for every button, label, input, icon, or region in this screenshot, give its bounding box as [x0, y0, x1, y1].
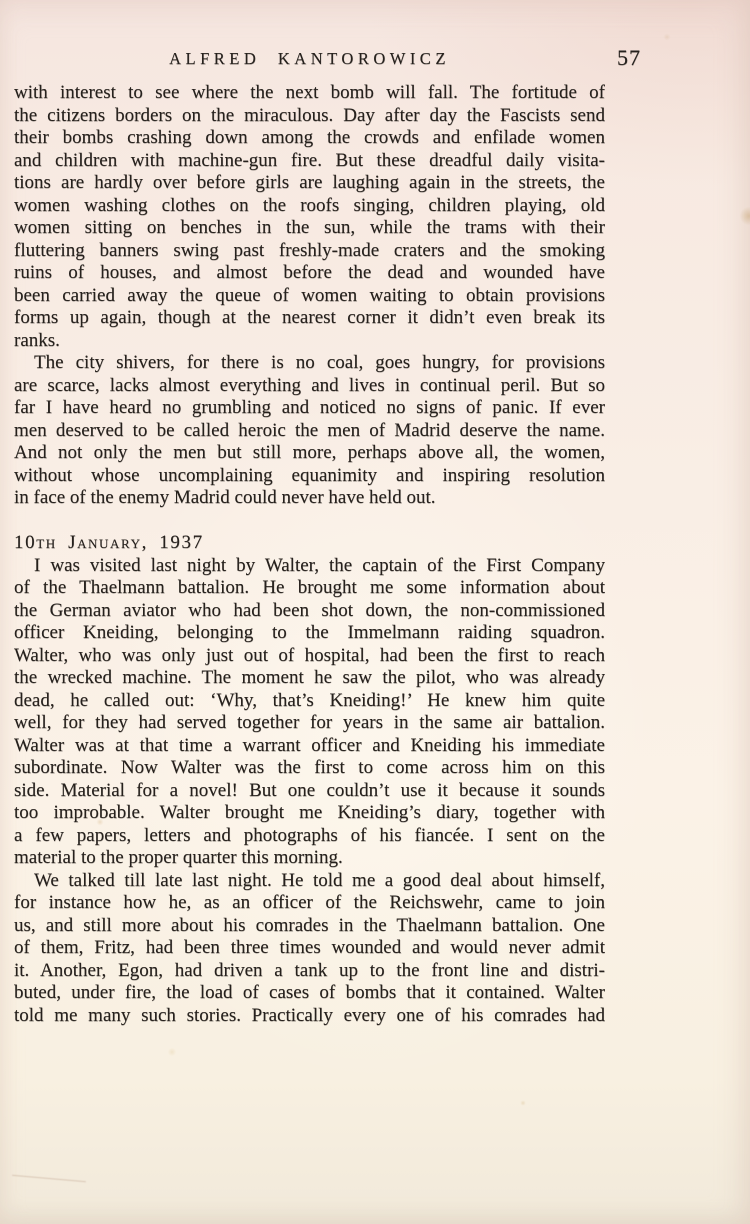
text-line: ranks. [14, 330, 605, 353]
book-page-scan: ALFRED KANTOROWICZ 57 with interest to s… [0, 0, 750, 1224]
text-line: in face of the enemy Madrid could never … [14, 487, 605, 510]
text-line: buted, under fire, the load of cases of … [14, 982, 605, 1005]
text-line: The city shivers, for there is no coal, … [14, 352, 605, 375]
text-line: far I have heard no grumbling and notice… [14, 397, 605, 420]
text-line: their bombs crashing down among the crow… [14, 127, 605, 150]
text-line: ruins of houses, and almost before the d… [14, 262, 605, 285]
running-header: ALFRED KANTOROWICZ [14, 47, 605, 73]
date-heading: 10th January, 1937 [14, 532, 605, 555]
text-line: it. Another, Egon, had driven a tank up … [14, 960, 605, 983]
text-line: forms up again, though at the nearest co… [14, 307, 605, 330]
text-line: dead, he called out: ‘Why, that’s Kneidi… [14, 690, 605, 713]
text-line: fluttering banners swing past freshly-ma… [14, 240, 605, 263]
text-line: tions are hardly over before girls are l… [14, 172, 605, 195]
text-line: men deserved to be called heroic the men… [14, 420, 605, 443]
text-line: been carried away the queue of women wai… [14, 285, 605, 308]
text-line: the wrecked machine. The moment he saw t… [14, 667, 605, 690]
text-line: a few papers, letters and photographs of… [14, 825, 605, 848]
text-line: women washing clothes on the roofs singi… [14, 195, 605, 218]
text-line: officer Kneiding, belonging to the Immel… [14, 622, 605, 645]
text-line: told me many such stories. Practically e… [14, 1005, 605, 1028]
text-line: for instance how he, as an officer of th… [14, 892, 605, 915]
paragraph: with interest to see where the next bomb… [14, 82, 605, 352]
text-line: women sitting on benches in the sun, whi… [14, 217, 605, 240]
paper-scratch-mark [12, 1175, 86, 1182]
text-line: the German aviator who had been shot dow… [14, 600, 605, 623]
text-line: subordinate. Now Walter was the first to… [14, 757, 605, 780]
text-line: material to the proper quarter this morn… [14, 847, 605, 870]
page-number: 57 [617, 44, 641, 72]
text-line: with interest to see where the next bomb… [14, 82, 605, 105]
text-line: the citizens borders on the miraculous. … [14, 105, 605, 128]
running-header-author: ALFRED KANTOROWICZ [14, 47, 605, 71]
paragraph: We talked till late last night. He told … [14, 870, 605, 1028]
text-line: Walter, who was only just out of hospita… [14, 645, 605, 668]
text-line: without whose uncomplaining equanimity a… [14, 465, 605, 488]
text-line: And not only the men but still more, per… [14, 442, 605, 465]
text-line: Walter was at that time a warrant office… [14, 735, 605, 758]
text-line: and children with machine-gun fire. But … [14, 150, 605, 173]
text-line: are scarce, lacks almost everything and … [14, 375, 605, 398]
text-line: of the Thaelmann battalion. He brought m… [14, 577, 605, 600]
page-text: with interest to see where the next bomb… [14, 82, 605, 1027]
paragraph: I was visited last night by Walter, the … [14, 555, 605, 870]
text-line: us, and still more about his comrades in… [14, 915, 605, 938]
text-line: We talked till late last night. He told … [14, 870, 605, 893]
text-line: well, for they had served together for y… [14, 712, 605, 735]
text-line: too improbable. Walter brought me Kneidi… [14, 802, 605, 825]
paragraph: The city shivers, for there is no coal, … [14, 352, 605, 510]
text-line: I was visited last night by Walter, the … [14, 555, 605, 578]
text-line: side. Material for a novel! But one coul… [14, 780, 605, 803]
text-line: of them, Fritz, had been three times wou… [14, 937, 605, 960]
